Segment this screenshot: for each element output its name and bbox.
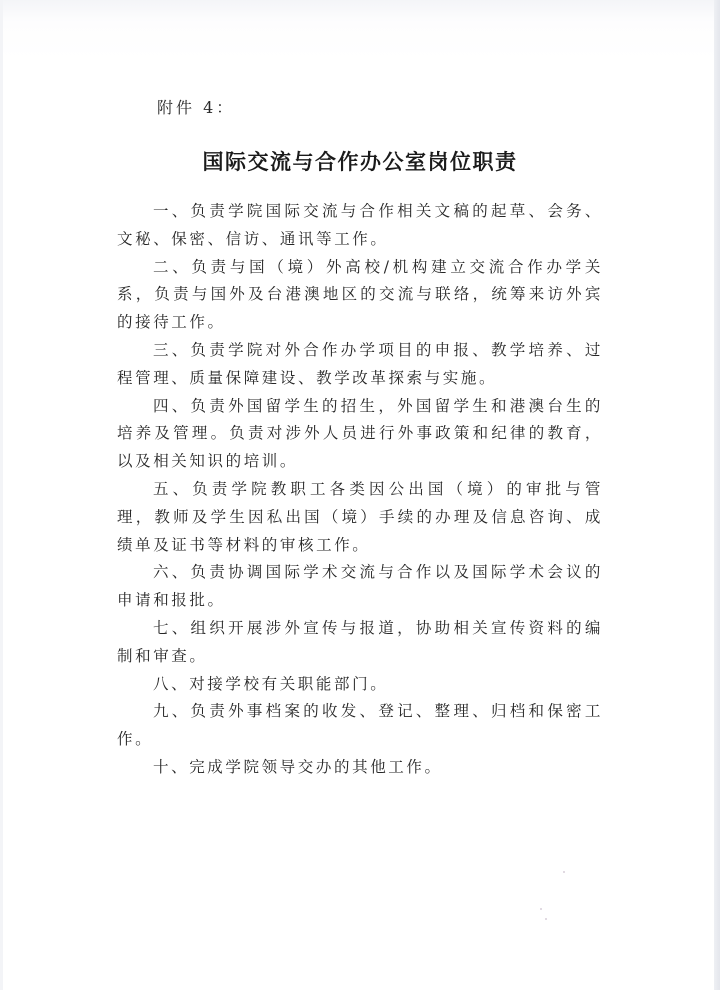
responsibility-item-10: 十、完成学院领导交办的其他工作。 [117,754,603,782]
responsibility-item-3: 三、负责学院对外合作办学项目的申报、教学培养、过程管理、质量保障建设、教学改革探… [117,337,603,393]
document-title: 国际交流与合作办公室岗位职责 [0,146,720,176]
responsibility-item-8: 八、对接学校有关职能部门。 [117,671,603,699]
scanned-page: 附件 4： 国际交流与合作办公室岗位职责 一、负责学院国际交流与合作相关文稿的起… [0,0,720,990]
responsibilities-list: 一、负责学院国际交流与合作相关文稿的起草、会务、文秘、保密、信访、通讯等工作。 … [117,198,603,782]
attachment-label: 附件 4： [157,95,235,118]
responsibility-item-5: 五、负责学院教职工各类因公出国（境）的审批与管理，教师及学生因私出国（境）手续的… [117,476,603,559]
responsibility-item-2: 二、负责与国（境）外高校/机构建立交流合作办学关系，负责与国外及台港澳地区的交流… [117,254,603,337]
responsibility-item-4: 四、负责外国留学生的招生，外国留学生和港澳台生的培养及管理。负责对涉外人员进行外… [117,393,603,476]
responsibility-item-7: 七、组织开展涉外宣传与报道，协助相关宣传资料的编制和审查。 [117,615,603,671]
scan-speck [563,871,565,873]
responsibility-item-6: 六、负责协调国际学术交流与合作以及国际学术会议的申请和报批。 [117,559,603,615]
responsibility-item-9: 九、负责外事档案的收发、登记、整理、归档和保密工作。 [117,698,603,754]
scan-speck [540,908,542,910]
responsibility-item-1: 一、负责学院国际交流与合作相关文稿的起草、会务、文秘、保密、信访、通讯等工作。 [117,198,603,254]
scan-speck [545,918,547,920]
